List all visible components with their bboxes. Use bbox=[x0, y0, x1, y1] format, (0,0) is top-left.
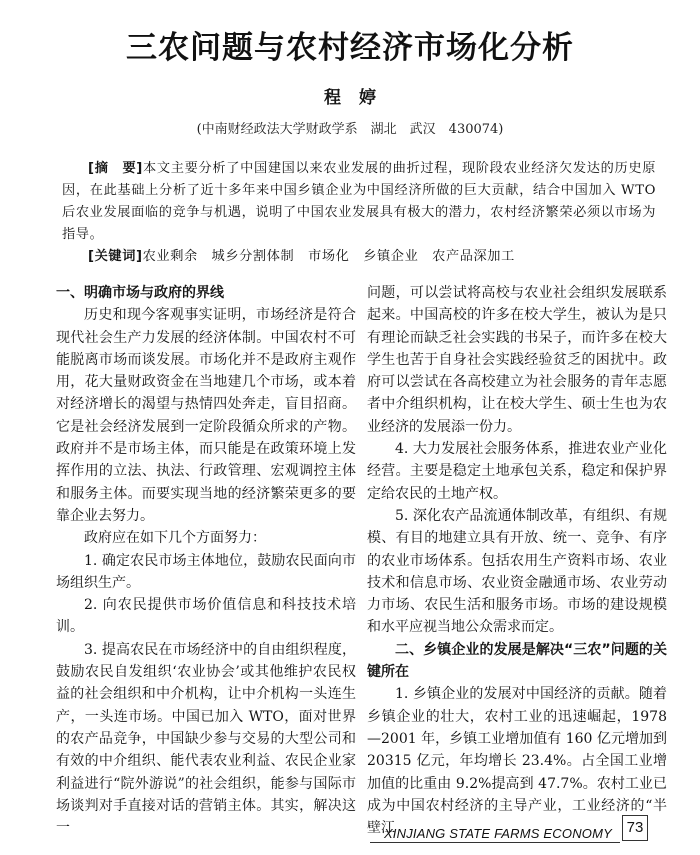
right-column: 问题，可以尝试将高校与农业社会组织发展联系起来。中国高校的许多在校大学生，被认为… bbox=[367, 282, 667, 839]
abstract-text: 本文主要分析了中国建国以来农业发展的曲折过程，现阶段农业经济欠发达的历史原因，在… bbox=[62, 161, 656, 242]
journal-name: XINJIANG STATE FARMS ECONOMY bbox=[384, 826, 612, 841]
abstract-paragraph: [摘 要]本文主要分析了中国建国以来农业发展的曲折过程，现阶段农业经济欠发达的历… bbox=[62, 158, 656, 246]
footer-rule: XINJIANG STATE FARMS ECONOMY bbox=[370, 818, 620, 843]
keywords-paragraph: [关键词]农业剩余 城乡分割体制 市场化 乡镇企业 农产品深加工 bbox=[62, 246, 656, 268]
list-item-3-continued: 问题，可以尝试将高校与农业社会组织发展联系起来。中国高校的许多在校大学生，被认为… bbox=[367, 282, 667, 438]
author-name: 程婷 bbox=[0, 83, 700, 108]
abstract-label: [摘 要] bbox=[88, 161, 143, 176]
list-item-4: 4. 大力发展社会服务体系，推进农业产业化经营。主要是稳定土地承包关系，稳定和保… bbox=[367, 438, 667, 505]
section-1-heading: 一、明确市场与政府的界线 bbox=[56, 282, 356, 304]
list-item-1: 1. 确定农民市场主体地位，鼓励农民面向市场组织生产。 bbox=[56, 550, 356, 595]
left-column: 一、明确市场与政府的界线 历史和现今客观事实证明，市场经济是符合现代社会生产力发… bbox=[56, 282, 356, 839]
paragraph: 政府应在如下几个方面努力： bbox=[56, 527, 356, 549]
list-item-5: 5. 深化农产品流通体制改革，有组织、有规模、有目的地建立具有开放、统一、竞争、… bbox=[367, 505, 667, 639]
list-item-2: 2. 向农民提供市场价值信息和科技技术培训。 bbox=[56, 594, 356, 639]
author-affiliation: (中南财经政法大学财政学系 湖北 武汉 430074) bbox=[0, 118, 700, 137]
keywords-text: 农业剩余 城乡分割体制 市场化 乡镇企业 农产品深加工 bbox=[143, 249, 515, 264]
article-title: 三农问题与农村经济市场化分析 bbox=[0, 22, 700, 67]
keywords-label: [关键词] bbox=[88, 249, 143, 264]
paragraph: 历史和现今客观事实证明，市场经济是符合现代社会生产力发展的经济体制。中国农村不可… bbox=[56, 304, 356, 527]
section-2-heading: 二、乡镇企业的发展是解决“三农”问题的关键所在 bbox=[367, 639, 667, 684]
abstract-block: [摘 要]本文主要分析了中国建国以来农业发展的曲折过程，现阶段农业经济欠发达的历… bbox=[62, 158, 656, 268]
page-number: 73 bbox=[622, 815, 648, 841]
list-item-3: 3. 提高农民在市场经济中的自由组织程度，鼓励农民自发组织‘农业协会’或其他维护… bbox=[56, 639, 356, 840]
